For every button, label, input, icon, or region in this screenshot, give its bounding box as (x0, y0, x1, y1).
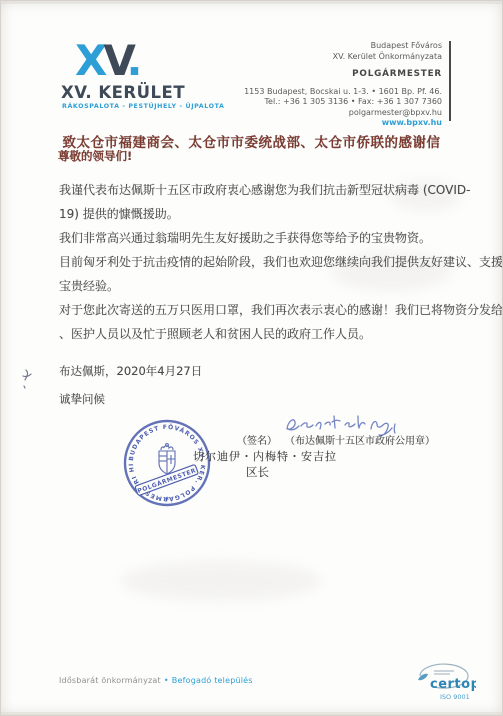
coat-of-arms-icon (159, 444, 175, 474)
signatory-role: 区长 (246, 464, 269, 480)
contact-website: www.bpxv.hu (244, 118, 442, 129)
scan-edge-bottom (1, 712, 502, 715)
contact-address: 1153 Budapest, Bocskai u. 1-3. • 1601 Bp… (244, 87, 442, 98)
certop-leaf-icon (418, 674, 428, 680)
letter-body-line: 宝贵经验。 (59, 274, 459, 298)
footer-separator: • (164, 676, 169, 685)
district-xv-logo: XV. (75, 39, 185, 83)
contact-email: polgarmester@bpxv.hu (244, 108, 442, 119)
certop-iso-label: ISO 9001 (440, 693, 470, 701)
contact-phone-fax: Tel.: +36 1 305 3136 • Fax: +36 1 307 73… (244, 97, 442, 108)
letter-body: 我谨代表布达佩斯十五区市政府衷心感谢您为我们抗击新型冠状病毒 (COVID-19… (59, 178, 459, 346)
pen-stray-mark (20, 368, 34, 390)
letter-closing: 诚挚问候 (59, 391, 105, 407)
contact-office-title: POLGÁRMESTER (244, 69, 442, 80)
logo-district-name: XV. KERÜLET (61, 83, 261, 102)
svg-text:XV.: XV. (75, 39, 138, 83)
footer-slogan-primary: Idősbarát önkormányzat (59, 676, 161, 685)
logo-dot: . (126, 39, 138, 83)
footer-slogans: Idősbarát önkormányzat•Befogadó települé… (59, 676, 253, 685)
letter-body-line: 、医护人员以及忙于照顾老人和贫困人民的政府工作人员。 (59, 322, 459, 346)
signatory-name: 切尔迪伊・内梅特・安吉拉 (193, 448, 337, 464)
letter-body-line: 我谨代表布达佩斯十五区市政府衷心感谢您为我们抗击新型冠状病毒 (COVID- (59, 178, 459, 202)
logo-x: X (75, 39, 107, 83)
sign-label: （签名） (237, 436, 277, 447)
scanned-letter-page: XV. XV. KERÜLET RÁKOSPALOTA - PESTÚJHELY… (0, 0, 503, 716)
signature-labels: （签名）（布达佩斯十五区市政府公用章） (237, 432, 487, 447)
certop-iso-logo: certop ISO 9001 (410, 654, 476, 708)
header-divider-rule (449, 41, 451, 121)
letter-body-line: 我们非常高兴通过翁瑞明先生友好援助之手获得您等给予的宝贵物资。 (59, 226, 459, 250)
letterhead-contact-block: Budapest Főváros XV. Kerület Önkormányza… (244, 41, 442, 129)
footer-slogan-secondary: Befogadó település (172, 676, 253, 685)
letter-body-line: 对于您此次寄送的五万只医用口罩，我们再次表示衷心的感谢！我们已将物资分发给了我们… (59, 298, 459, 322)
seal-label: （布达佩斯十五区市政府公用章） (285, 436, 435, 447)
contact-municipality: XV. Kerület Önkormányzata (244, 52, 442, 63)
letter-dateline: 布达佩斯，2020年4月27日 (59, 363, 202, 379)
letter-salutation: 尊敬的领导们! (58, 148, 132, 164)
scan-edge-top (1, 1, 502, 4)
certop-wordmark: certop (430, 677, 476, 692)
scan-bleed-spot (121, 561, 321, 601)
stamp-star: ✶ (164, 495, 170, 503)
letter-body-line: 目前匈牙利处于抗击疫情的起始阶段，我们也欢迎您继续向我们提供友好建议、支援以及分… (59, 250, 459, 274)
letter-body-line: 19) 提供的慷慨援助。 (59, 202, 459, 226)
contact-city: Budapest Főváros (244, 41, 442, 52)
